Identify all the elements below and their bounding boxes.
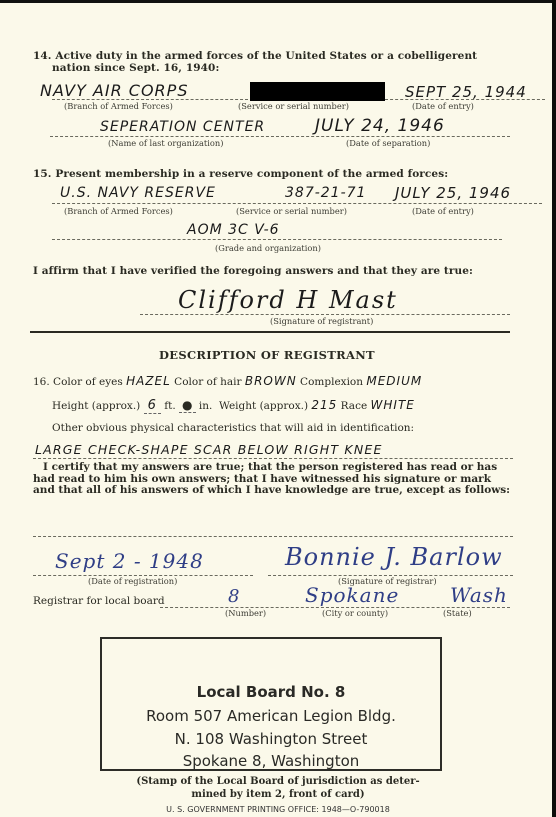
eyes-hair-complexion-row: 16. Color of eyes HAZEL Color of hair BR… [33,374,422,388]
item14-date-of-entry: SEPT 25, 1944 [405,83,527,101]
item14-entry-label: (Date of entry) [412,101,474,111]
item14-question-line1: 14. Active duty in the armed forces of t… [33,50,477,62]
eyes-value: HAZEL [126,374,171,388]
height-label: Height (approx.) [52,400,140,412]
certification-text: I certify that my answers are true; that… [33,462,513,497]
complexion-label: Complexion [300,376,363,388]
item15-grade-line [52,239,502,240]
item15-grade-org: AOM 3C V-6 [187,222,280,238]
height-in-value: ● [179,398,195,413]
state-label: (State) [443,608,472,618]
hair-value: BROWN [245,374,297,388]
complexion-value: MEDIUM [366,374,422,388]
height-ft-value: 6 [144,398,161,414]
stamp-line1: Local Board No. 8 [102,683,440,701]
exceptions-line [33,536,513,537]
stamp-caption-line2: mined by item 2, front of card) [0,789,556,800]
number-label: (Number) [225,608,266,618]
board-state-value: Wash [450,583,508,607]
item14-branch-value: NAVY AIR CORPS [40,81,188,100]
city-label: (City or county) [322,608,388,618]
race-label: Race [341,400,368,412]
scan-edge [552,0,556,817]
item15-question: 15. Present membership in a reserve comp… [33,168,448,180]
other-characteristics-value: LARGE CHECK-SHAPE SCAR BELOW RIGHT KNEE [35,442,383,457]
description-heading: DESCRIPTION OF REGISTRANT [159,348,375,362]
section-divider [30,331,510,333]
other-characteristics-line [33,458,513,459]
item14-question-line2: nation since Sept. 16, 1940: [52,62,219,74]
ft-label: ft. [164,400,175,412]
registrar-signature: Bonnie J. Barlow [285,543,503,571]
item15-grade-label: (Grade and organization) [215,243,321,253]
item14-org-line [50,136,510,137]
item15-branch-label: (Branch of Armed Forces) [64,206,173,216]
eyes-label: 16. Color of eyes [33,376,123,388]
item15-line [52,203,542,204]
item15-service-number: 387-21-71 [285,185,366,201]
printer-imprint: U. S. GOVERNMENT PRINTING OFFICE: 1948—O… [0,805,556,814]
stamp-line3: N. 108 Washington Street [102,730,440,748]
board-city-value: Spokane [305,583,399,607]
weight-label: Weight (approx.) [219,400,308,412]
in-label: in. [199,400,212,412]
redacted-service-number [250,82,385,101]
other-characteristics-label: Other obvious physical characteristics t… [52,422,414,434]
local-board-stamp: Local Board No. 8 Room 507 American Legi… [100,637,442,771]
weight-value: 215 [311,398,337,412]
registration-date-label: (Date of registration) [88,576,177,586]
hair-label: Color of hair [174,376,241,388]
item15-branch-value: U.S. NAVY RESERVE [60,185,216,201]
item15-entry-label: (Date of entry) [412,206,474,216]
race-value: WHITE [371,398,415,412]
item14-date-of-separation: JULY 24, 1946 [315,116,445,136]
registrant-signature: Clifford H Mast [178,286,398,314]
stamp-line4: Spokane 8, Washington [102,752,440,770]
registration-date-value: Sept 2 - 1948 [55,549,204,573]
registration-card-back: 14. Active duty in the armed forces of t… [0,0,552,817]
item14-last-organization: SEPERATION CENTER [100,119,265,135]
local-board-label: Registrar for local board [33,595,165,607]
item14-org-label: (Name of last organization) [108,138,224,148]
item14-branch-label: (Branch of Armed Forces) [64,101,173,111]
item15-date-of-entry: JULY 25, 1946 [395,184,511,202]
registrant-signature-label: (Signature of registrant) [270,316,373,326]
item14-separation-label: (Date of separation) [346,138,430,148]
item14-service-label: (Service or serial number) [238,101,349,111]
stamp-caption-line1: (Stamp of the Local Board of jurisdictio… [0,776,556,787]
board-number-value: 8 [228,586,240,607]
height-weight-race-row: Height (approx.) 6 ft. ● in. Weight (app… [52,398,415,413]
affirmation-text: I affirm that I have verified the forego… [33,265,473,277]
registrant-signature-line [140,314,510,315]
item15-service-label: (Service or serial number) [236,206,347,216]
stamp-line2: Room 507 American Legion Bldg. [102,707,440,725]
